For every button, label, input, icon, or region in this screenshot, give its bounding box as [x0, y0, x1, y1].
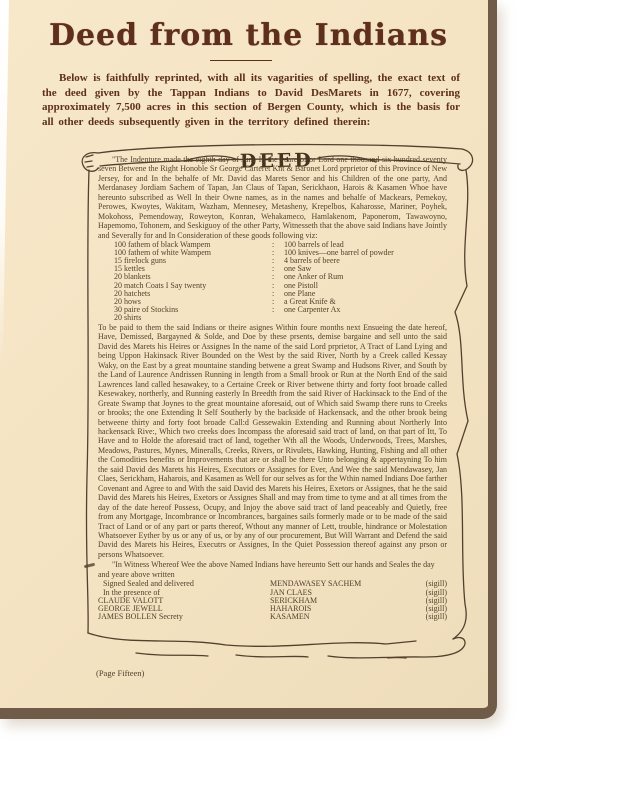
goods-row: 30 paire of Stockins : one Carpenter Ax [114, 306, 447, 314]
page-title: Deed from the Indians [0, 18, 497, 53]
goods-item-left: 20 shirts [114, 314, 272, 322]
scan-edge-sliver [0, 0, 9, 370]
goods-colon: : [272, 306, 284, 314]
goods-item-right: one Carpenter Ax [284, 306, 447, 314]
deed-body: "The Indenture made the eighth day of Ju… [98, 155, 447, 622]
scroll-right-edge [453, 170, 468, 639]
goods-row: 15 firelock guns : 4 barrels of beere [114, 257, 447, 265]
signature-block: Signed Sealed and delivered MENDAWASEY S… [98, 580, 447, 621]
page-footer: (Page Fifteen) [96, 668, 144, 678]
goods-row: 20 shirts [114, 314, 447, 322]
goods-item-right [284, 314, 447, 322]
scroll-bottom-dash-1 [136, 653, 208, 656]
seal-text: (sigill) [397, 613, 447, 621]
goods-list: 100 fathem of black Wampem : 100 barrels… [114, 241, 447, 322]
scroll-left-curl-hatch [85, 155, 93, 167]
scroll-right-curl [458, 149, 473, 170]
witness-text: JAMES BOLLEN Secrety [98, 613, 270, 621]
deed-paragraph-2: To be paid to them the said Indians or t… [98, 323, 447, 559]
signature-row: JAMES BOLLEN Secrety KASAMEN (sigill) [98, 613, 447, 621]
scroll-bottom-dash-2 [236, 655, 308, 657]
goods-row: 20 match Coats I Say twenty : one Pistol… [114, 282, 447, 290]
scroll-bottom-line [88, 633, 416, 646]
deed-paragraph-1: "The Indenture made the eighth day of Ju… [98, 155, 447, 240]
title-divider [210, 60, 272, 61]
goods-row: 20 hatchets : one Plane [114, 290, 447, 298]
scanned-book-page: Deed from the Indians Below is faithfull… [0, 0, 497, 719]
goods-colon [272, 314, 284, 322]
intro-paragraph: Below is faithfully reprinted, with all … [42, 71, 460, 129]
signer-name: KASAMEN [270, 613, 397, 621]
goods-row: 15 kettles : one Saw [114, 265, 447, 273]
scroll-bottom-right-roll [388, 638, 465, 658]
deed-paragraph-3: "In Witness Whereof Wee the above Named … [98, 560, 447, 579]
